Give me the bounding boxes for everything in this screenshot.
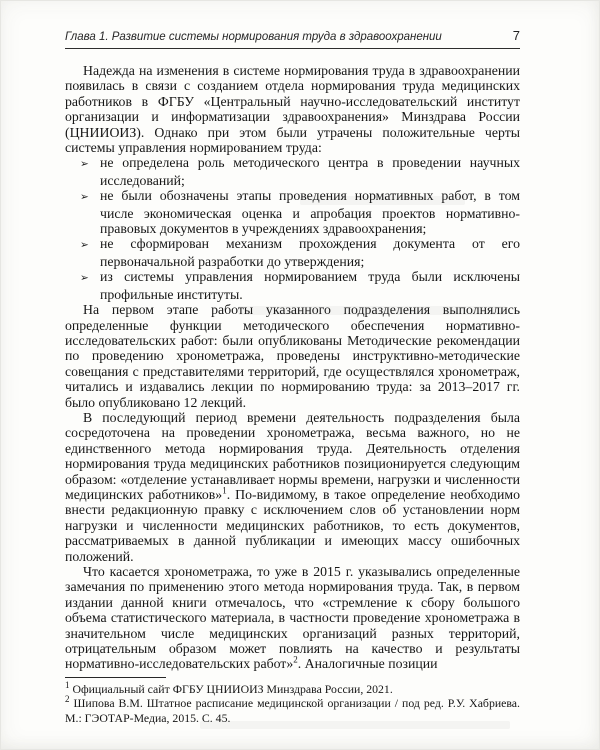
chapter-title: Глава 1. Развитие системы нормирования т… [65,31,442,43]
footnote: 1 Официальный сайт ФГБУ ЦНИИОИЗ Минздрав… [65,682,520,696]
list-item: ➢не определена роль методического центра… [80,155,520,188]
footnotes-section: 1 Официальный сайт ФГБУ ЦНИИОИЗ Минздрав… [65,677,520,725]
footnote-marker: 2 [65,694,70,704]
paragraph-text: . Аналогичные позиции [298,656,438,671]
bullet-list: ➢не определена роль методического центра… [80,155,520,302]
footnote-text: Шипова В.М. Штатное расписание медицинск… [65,696,520,724]
bullet-arrow-icon: ➢ [80,238,100,253]
paragraph-chronometry: Что касается хронометража, то уже в 2015… [65,564,520,672]
list-item: ➢из системы управления нормированием тру… [80,269,520,302]
footnote-marker: 1 [65,680,70,690]
list-item-text: не определена роль методического центра … [100,155,520,187]
page-number: 7 [513,28,520,43]
page-body: Надежда на изменения в системе нормирова… [65,63,520,672]
footnote-text: Официальный сайт ФГБУ ЦНИИОИЗ Минздрава … [72,682,392,696]
book-page: Глава 1. Развитие системы нормирования т… [0,0,600,750]
bullet-arrow-icon: ➢ [80,190,100,205]
paragraph-later-period: В последующий период времени деятельност… [65,410,520,564]
list-item-text: из системы управления нормированием труд… [100,269,520,301]
footnote-separator [65,677,166,678]
list-item: ➢не были обозначены этапы проведения нор… [80,188,520,236]
running-head: Глава 1. Развитие системы нормирования т… [65,28,520,49]
footnote: 2 Шипова В.М. Штатное расписание медицин… [65,696,520,725]
bullet-arrow-icon: ➢ [80,157,100,172]
bullet-arrow-icon: ➢ [80,271,100,286]
list-item-text: не были обозначены этапы проведения норм… [100,188,520,236]
list-item: ➢не сформирован механизм прохождения док… [80,236,520,269]
paragraph-intro: Надежда на изменения в системе нормирова… [65,63,520,155]
paragraph-first-stage: На первом этапе работы указанного подраз… [65,302,520,410]
list-item-text: не сформирован механизм прохождения доку… [100,236,520,268]
